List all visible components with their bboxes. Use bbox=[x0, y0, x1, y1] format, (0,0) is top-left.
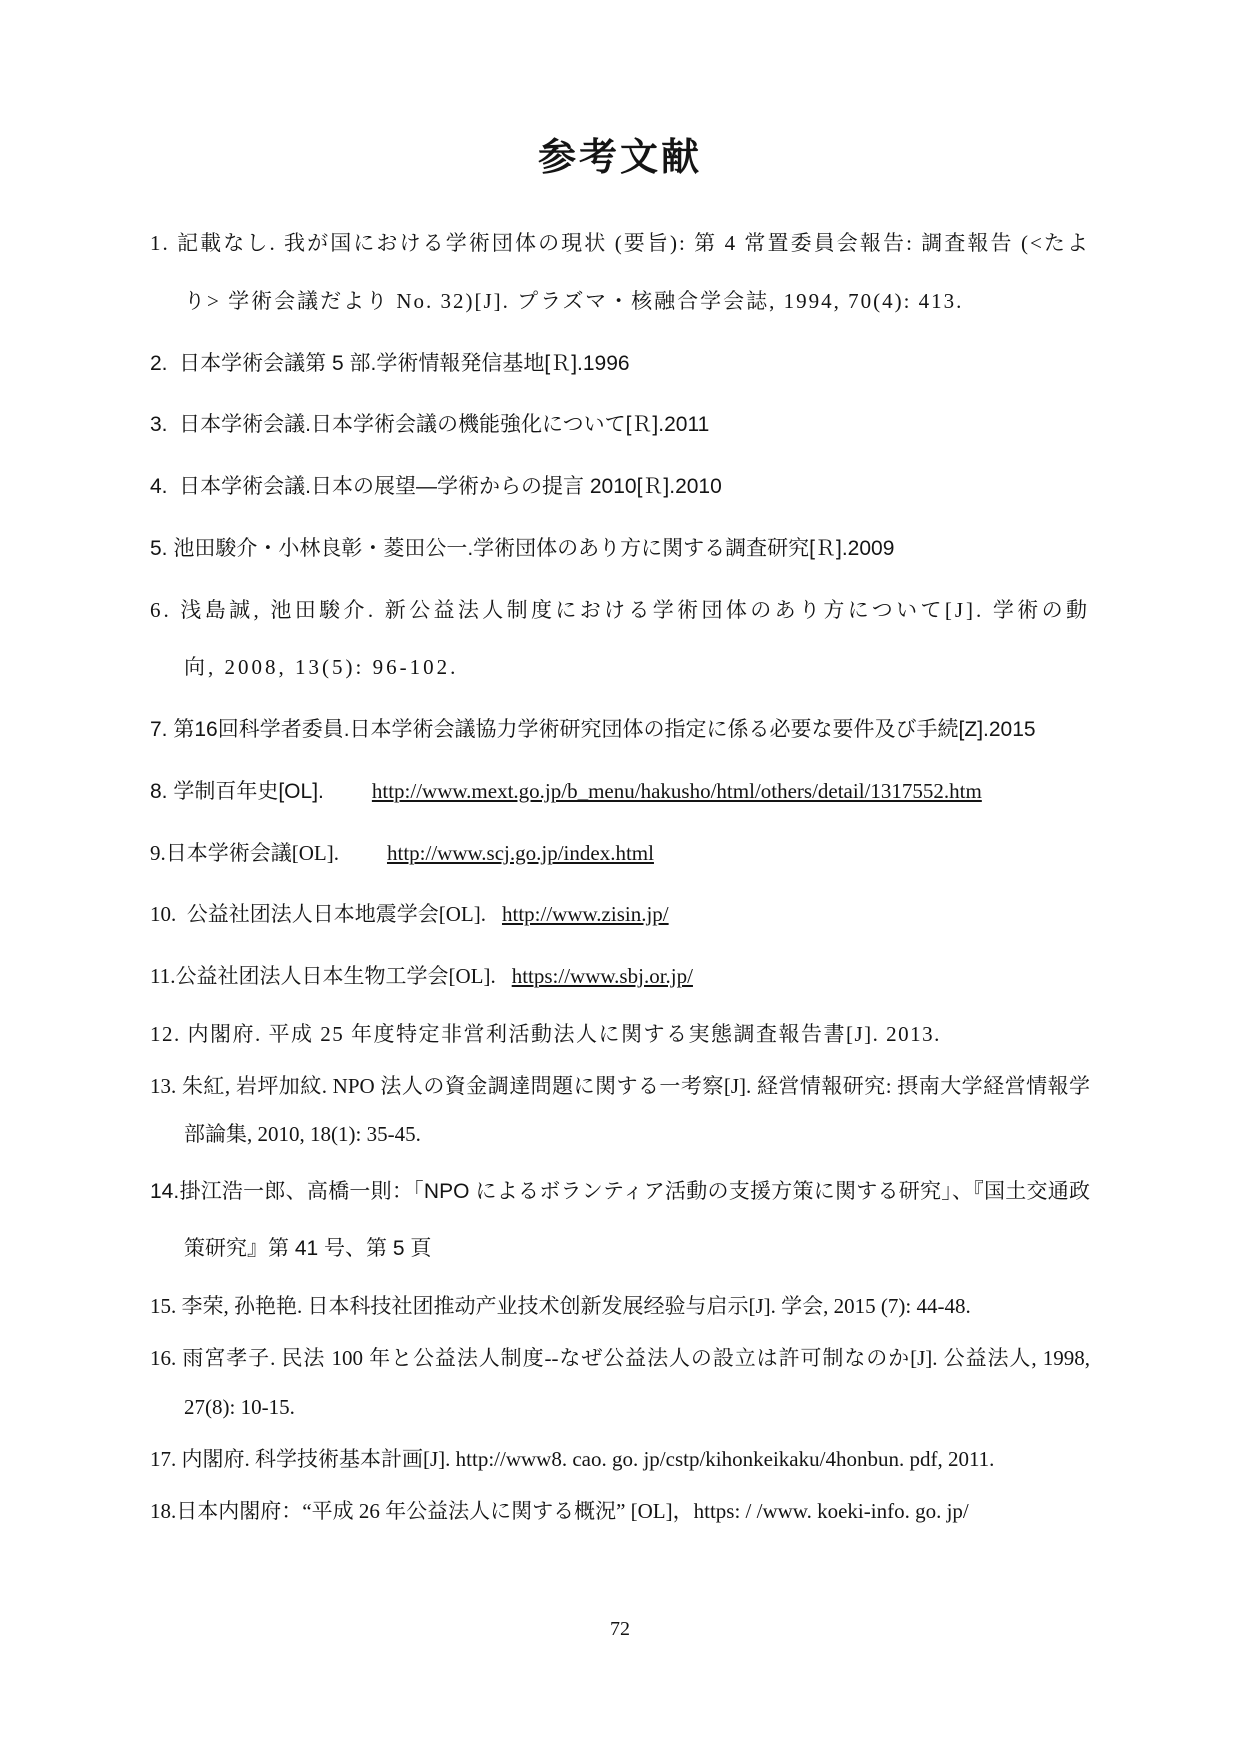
reference-item: 1. 記載なし. 我が国における学術団体の現状 (要旨): 第 4 常置委員会報… bbox=[150, 215, 1090, 331]
reference-text: 10. 公益社团法人日本地震学会[OL]. bbox=[150, 902, 486, 926]
reference-item: 7. 第16回科学者委員.日本学術会議協力学術研究団体の指定に係る必要な要件及び… bbox=[150, 701, 1090, 759]
reference-text: 9.日本学術会議[OL]. bbox=[150, 841, 339, 865]
reference-item: 3. 日本学術会議.日本学術会議の機能強化について[Ｒ].2011 bbox=[150, 396, 1090, 454]
reference-link[interactable]: http://www.scj.go.jp/index.html bbox=[387, 841, 654, 865]
reference-link[interactable]: http://www.zisin.jp/ bbox=[502, 902, 669, 926]
reference-text: 1. 記載なし. 我が国における学術団体の現状 (要旨): 第 4 常置委員会報… bbox=[150, 231, 1090, 313]
reference-item: 10. 公益社团法人日本地震学会[OL].http://www.zisin.jp… bbox=[150, 886, 1090, 944]
reference-item: 12. 内閣府. 平成 25 年度特定非営利活動法人に関する実態調査報告書[J]… bbox=[150, 1010, 1090, 1058]
reference-text: 14.掛江浩一郎、高橋一則：「NPO によるボランティア活動の支援方策に関する研… bbox=[150, 1180, 1090, 1261]
reference-item: 18.日本内閣府：“平成 26 年公益法人に関する概況” [OL]，https:… bbox=[150, 1487, 1090, 1535]
page-content: 参考文献 1. 記載なし. 我が国における学術団体の現状 (要旨): 第 4 常… bbox=[0, 126, 1240, 1536]
page-title: 参考文献 bbox=[150, 126, 1090, 181]
reference-item: 2. 日本学術会議第 5 部.学術情報発信基地[Ｒ].1996 bbox=[150, 335, 1090, 393]
reference-text: 7. 第16回科学者委員.日本学術会議協力学術研究団体の指定に係る必要な要件及び… bbox=[150, 718, 1036, 741]
reference-text: 16. 雨宮孝子. 民法 100 年と公益法人制度--なぜ公益法人の設立は許可制… bbox=[150, 1346, 1090, 1418]
reference-item: 6. 浅島誠, 池田駿介. 新公益法人制度における学術団体のあり方について[J]… bbox=[150, 582, 1090, 698]
reference-item: 11.公益社团法人日本生物工学会[OL].https://www.sbj.or.… bbox=[150, 948, 1090, 1006]
reference-item: 4. 日本学術会議.日本の展望—学術からの提言 2010[Ｒ].2010 bbox=[150, 458, 1090, 516]
reference-text: 2. 日本学術会議第 5 部.学術情報発信基地[Ｒ].1996 bbox=[150, 352, 630, 375]
reference-item: 8. 学制百年史[OL].http://www.mext.go.jp/b_men… bbox=[150, 763, 1090, 821]
reference-item: 9.日本学術会議[OL].http://www.scj.go.jp/index.… bbox=[150, 825, 1090, 883]
reference-link[interactable]: https://www.sbj.or.jp/ bbox=[512, 964, 693, 988]
reference-text: 4. 日本学術会議.日本の展望—学術からの提言 2010[Ｒ].2010 bbox=[150, 475, 722, 498]
reference-item: 15. 李荣, 孙艳艳. 日本科技社团推动产业技术创新发展经验与启示[J]. 学… bbox=[150, 1282, 1090, 1330]
reference-text: 11.公益社团法人日本生物工学会[OL]. bbox=[150, 964, 496, 988]
reference-text: 17. 内閣府. 科学技術基本計画[J]. http://www8. cao. … bbox=[150, 1447, 994, 1471]
page-number: 72 bbox=[0, 1618, 1240, 1641]
reference-item: 13. 朱紅, 岩坪加紋. NPO 法人の資金調達問題に関する一考察[J]. 経… bbox=[150, 1062, 1090, 1159]
reference-text: 3. 日本学術会議.日本学術会議の機能強化について[Ｒ].2011 bbox=[150, 413, 709, 436]
reference-list: 1. 記載なし. 我が国における学術団体の現状 (要旨): 第 4 常置委員会報… bbox=[150, 215, 1090, 1536]
reference-text: 12. 内閣府. 平成 25 年度特定非営利活動法人に関する実態調査報告書[J]… bbox=[150, 1022, 941, 1046]
reference-item: 16. 雨宮孝子. 民法 100 年と公益法人制度--なぜ公益法人の設立は許可制… bbox=[150, 1334, 1090, 1431]
reference-item: 5. 池田駿介・小林良彰・菱田公一.学術団体のあり方に関する調査研究[Ｒ].20… bbox=[150, 520, 1090, 578]
reference-text: 15. 李荣, 孙艳艳. 日本科技社团推动产业技术创新发展经验与启示[J]. 学… bbox=[150, 1294, 971, 1318]
reference-text: 5. 池田駿介・小林良彰・菱田公一.学術団体のあり方に関する調査研究[Ｒ].20… bbox=[150, 537, 894, 560]
reference-text: 18.日本内閣府：“平成 26 年公益法人に関する概況” [OL]，https:… bbox=[150, 1499, 969, 1523]
reference-text: 8. 学制百年史[OL]. bbox=[150, 780, 324, 803]
reference-item: 14.掛江浩一郎、高橋一則：「NPO によるボランティア活動の支援方策に関する研… bbox=[150, 1163, 1090, 1279]
reference-text: 6. 浅島誠, 池田駿介. 新公益法人制度における学術団体のあり方について[J]… bbox=[150, 598, 1090, 680]
reference-link[interactable]: http://www.mext.go.jp/b_menu/hakusho/htm… bbox=[372, 779, 982, 803]
reference-text: 13. 朱紅, 岩坪加紋. NPO 法人の資金調達問題に関する一考察[J]. 経… bbox=[150, 1074, 1090, 1146]
reference-item: 17. 内閣府. 科学技術基本計画[J]. http://www8. cao. … bbox=[150, 1435, 1090, 1483]
